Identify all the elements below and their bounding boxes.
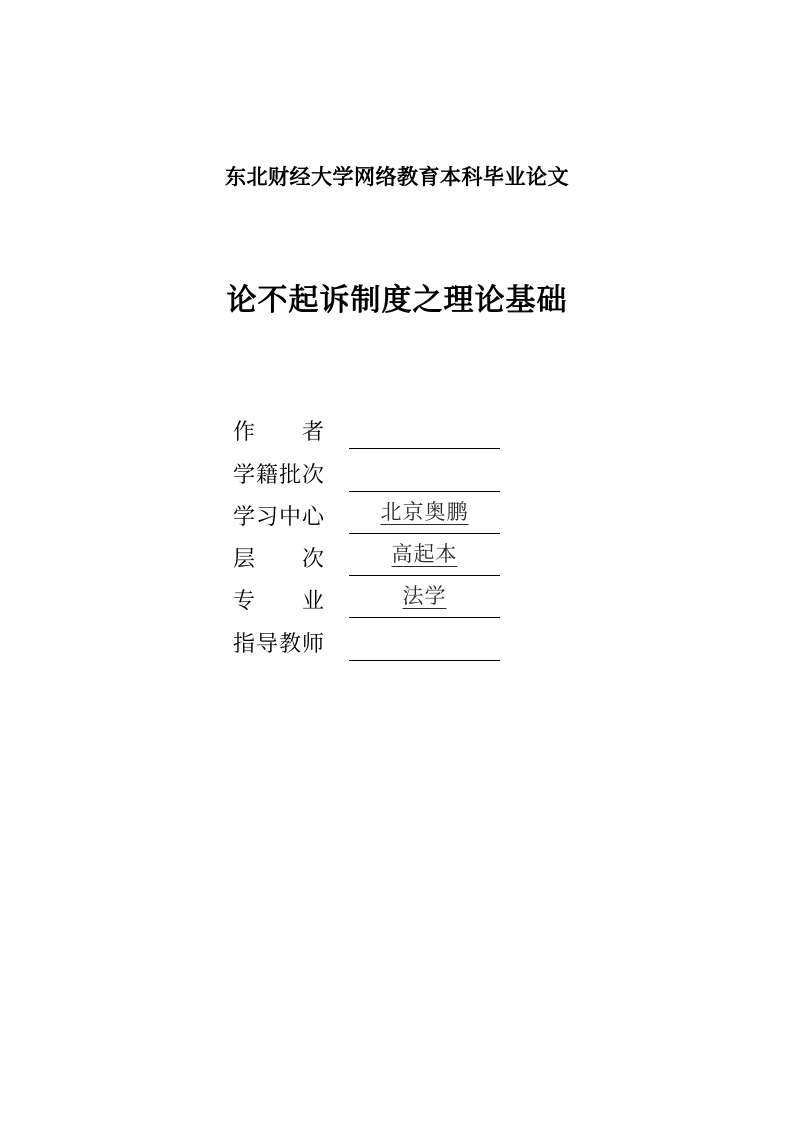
form-row-level: 层 次 高起本 [233,534,503,576]
field-line-learning-center: 北京奥鹏 [349,492,500,534]
document-header: 东北财经大学网络教育本科毕业论文 [0,165,794,190]
field-line-level: 高起本 [349,534,500,576]
field-label-author: 作 者 [233,407,325,449]
field-value-major: 法学 [403,586,447,607]
form-row-author: 作 者 [233,407,503,449]
field-value-learning-center: 北京奥鹏 [381,502,469,523]
field-label-batch: 学籍批次 [233,449,325,491]
field-line-author [349,407,500,449]
field-label-learning-center: 学习中心 [233,492,325,534]
form-row-learning-center: 学习中心 北京奥鹏 [233,492,503,534]
form-row-batch: 学籍批次 [233,449,503,491]
form-row-advisor: 指导教师 [233,618,503,660]
cover-form: 作 者 学籍批次 学习中心 北京奥鹏 层 次 高起本 专 业 [233,407,503,661]
document-title: 论不起诉制度之理论基础 [0,284,794,317]
field-label-major: 专 业 [233,576,325,618]
field-line-batch [349,449,500,491]
document-page: 东北财经大学网络教育本科毕业论文 论不起诉制度之理论基础 作 者 学籍批次 学习… [0,0,794,1123]
field-label-level: 层 次 [233,534,325,576]
form-row-major: 专 业 法学 [233,576,503,618]
field-line-major: 法学 [349,576,500,618]
field-value-level: 高起本 [392,544,458,565]
field-line-advisor [349,618,500,660]
field-label-advisor: 指导教师 [233,618,325,660]
